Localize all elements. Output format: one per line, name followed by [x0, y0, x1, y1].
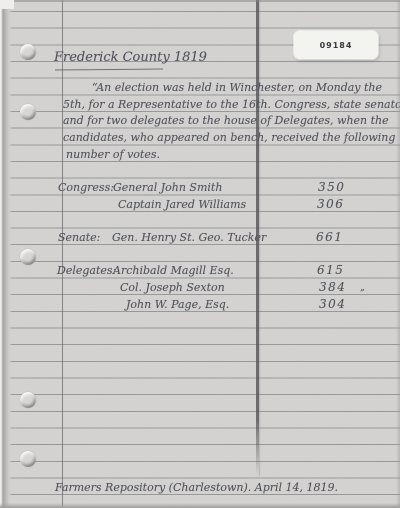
candidate-name: Archibald Magill Esq.: [113, 264, 234, 277]
scan-edge-left: [0, 0, 12, 508]
punch-hole: [20, 451, 36, 467]
section-label-delegates: Delegates:: [57, 264, 116, 277]
punch-hole: [20, 249, 36, 265]
scanned-notebook-page: 09184 Frederick County 1819 “An election…: [0, 0, 400, 508]
page-title: Frederick County 1819: [54, 50, 207, 65]
vote-count: 306: [317, 197, 344, 211]
candidate-name: John W. Page, Esq.: [126, 298, 229, 311]
punch-hole: [20, 104, 36, 120]
vote-count: 661: [316, 230, 343, 244]
section-label-senate: Senate:: [58, 231, 100, 244]
candidate-name: Captain Jared Williams: [118, 198, 246, 211]
vote-count: 615: [317, 263, 344, 277]
ditto-mark: ”: [360, 289, 365, 299]
candidate-name: Gen. Henry St. Geo. Tucker: [112, 231, 266, 244]
paragraph-line: “An election was held in Winchester, on …: [92, 81, 382, 94]
catalog-number: 09184: [320, 41, 353, 50]
punch-hole: [20, 44, 36, 60]
vote-count: 384: [319, 280, 346, 294]
scan-corner-patch: [0, 0, 14, 9]
scan-edge-right: [396, 0, 400, 508]
source-citation: Farmers Repository (Charlestown). April …: [55, 481, 338, 494]
catalog-sticker: 09184: [294, 31, 378, 59]
paragraph-line: 5th, for a Representative to the 16th. C…: [63, 98, 400, 111]
candidate-name: Col. Joseph Sexton: [120, 281, 225, 294]
left-margin-line: [62, 0, 63, 508]
punch-hole: [20, 392, 36, 408]
scan-edge-top: [0, 0, 400, 2]
vote-count: 350: [318, 180, 345, 194]
scan-edge-bottom: [0, 503, 400, 508]
candidate-name: General John Smith: [113, 181, 222, 194]
paragraph-line: candidates, who appeared on bench, recei…: [63, 131, 395, 144]
section-label-congress: Congress:: [58, 181, 114, 194]
paragraph-line: number of votes.: [66, 148, 160, 161]
vote-count: 304: [319, 297, 346, 311]
paragraph-line: and for two delegates to the house of De…: [63, 114, 389, 127]
